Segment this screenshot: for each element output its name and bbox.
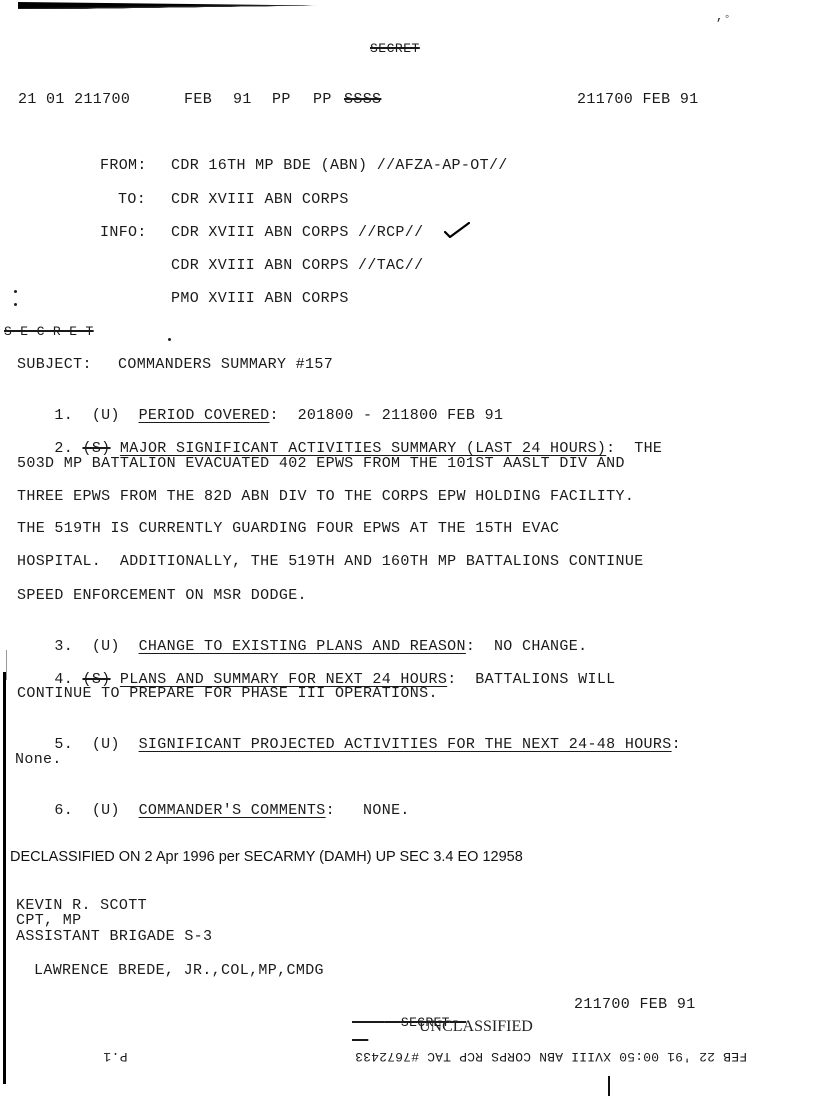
info-value-2: CDR XVIII ABN CORPS //TAC//: [171, 257, 424, 275]
para-2-line-5: HOSPITAL. ADDITIONALLY, THE 519TH AND 16…: [17, 553, 644, 571]
para-6-heading: COMMANDER'S COMMENTS: [139, 802, 326, 819]
header-struck-code: SSSS: [344, 91, 381, 109]
para-5: 5. (U) SIGNIFICANT PROJECTED ACTIVITIES …: [17, 718, 681, 772]
footer-dtg: 211700 FEB 91: [574, 996, 696, 1014]
classification-top: SECRET: [370, 40, 420, 58]
handwritten-check-icon: [444, 222, 470, 238]
signature-rank: CPT, MP: [16, 913, 81, 928]
signature-title: ASSISTANT BRIGADE S-3: [16, 929, 212, 944]
from-label: FROM:: [100, 157, 147, 175]
to-label: TO:: [118, 191, 146, 209]
header-left-code: 21 01 211700: [18, 91, 130, 109]
para-2-line-3: THREE EPWS FROM THE 82D ABN DIV TO THE C…: [17, 488, 634, 506]
para-2-line-6: SPEED ENFORCEMENT ON MSR DODGE.: [17, 587, 307, 605]
from-value: CDR 16TH MP BDE (ABN) //AFZA-AP-OT//: [171, 157, 508, 175]
header-year: 91: [233, 91, 252, 109]
subject-label: SUBJECT:: [17, 356, 92, 374]
scan-margin-line-thin: [6, 650, 7, 680]
para-5-heading: SIGNIFICANT PROJECTED ACTIVITIES FOR THE…: [139, 736, 672, 753]
scan-mark: ,◦: [716, 8, 731, 26]
scan-tick-mark: [608, 1076, 610, 1096]
para-4-line-2: CONTINUE TO PREPARE FOR PHASE III OPERAT…: [17, 685, 438, 703]
scan-artifact-bar: [18, 2, 523, 9]
declassification-stamp: DECLASSIFIED ON 2 Apr 1996 per SECARMY (…: [10, 849, 523, 865]
header-precedence-2: PP: [313, 91, 332, 109]
signature-authority: LAWRENCE BREDE, JR.,COL,MP,CMDG: [34, 962, 324, 980]
fax-header-inverted: FEB 22 '91 00:50 XVIII ABN CORPS RCP TAC…: [355, 1047, 747, 1065]
info-value-3: PMO XVIII ABN CORPS: [171, 290, 349, 308]
para-6-number: 6.: [54, 802, 73, 819]
to-value: CDR XVIII ABN CORPS: [171, 191, 349, 209]
page-number-inverted: P.1: [103, 1047, 127, 1065]
header-month: FEB: [184, 91, 212, 109]
scan-speck: [14, 290, 17, 293]
document-page: ,◦ SECRET 21 01 211700 FEB 91 PP PP SSSS…: [0, 0, 816, 1096]
scan-margin-line: [3, 672, 6, 1084]
para-6: 6. (U) COMMANDER'S COMMENTS: NONE.: [17, 784, 410, 838]
para-2-line-4: THE 519TH IS CURRENTLY GUARDING FOUR EPW…: [17, 520, 559, 538]
classification-mid: S E C R E T: [4, 323, 94, 341]
para-2-text: THE: [634, 440, 662, 457]
para-5-line-2: None.: [15, 751, 62, 769]
para-2-line-2: 503D MP BATTALION EVACUATED 402 EPWS FRO…: [17, 455, 625, 473]
para-6-text: NONE.: [363, 802, 410, 819]
para-5-marking: (U): [92, 736, 120, 753]
subject-value: COMMANDERS SUMMARY #157: [118, 356, 333, 374]
scan-speck: [168, 338, 171, 341]
scan-speck: [14, 303, 17, 306]
signature-name: KEVIN R. SCOTT: [16, 898, 147, 913]
header-dtg: 211700 FEB 91: [577, 91, 699, 109]
info-value-1: CDR XVIII ABN CORPS //RCP//: [171, 224, 424, 242]
para-4-text: BATTALIONS WILL: [475, 671, 615, 688]
unclassified-stamp: UNCLASSIFIED: [419, 1018, 533, 1036]
header-precedence-1: PP: [272, 91, 291, 109]
info-label: INFO:: [100, 224, 147, 242]
para-6-marking: (U): [92, 802, 120, 819]
